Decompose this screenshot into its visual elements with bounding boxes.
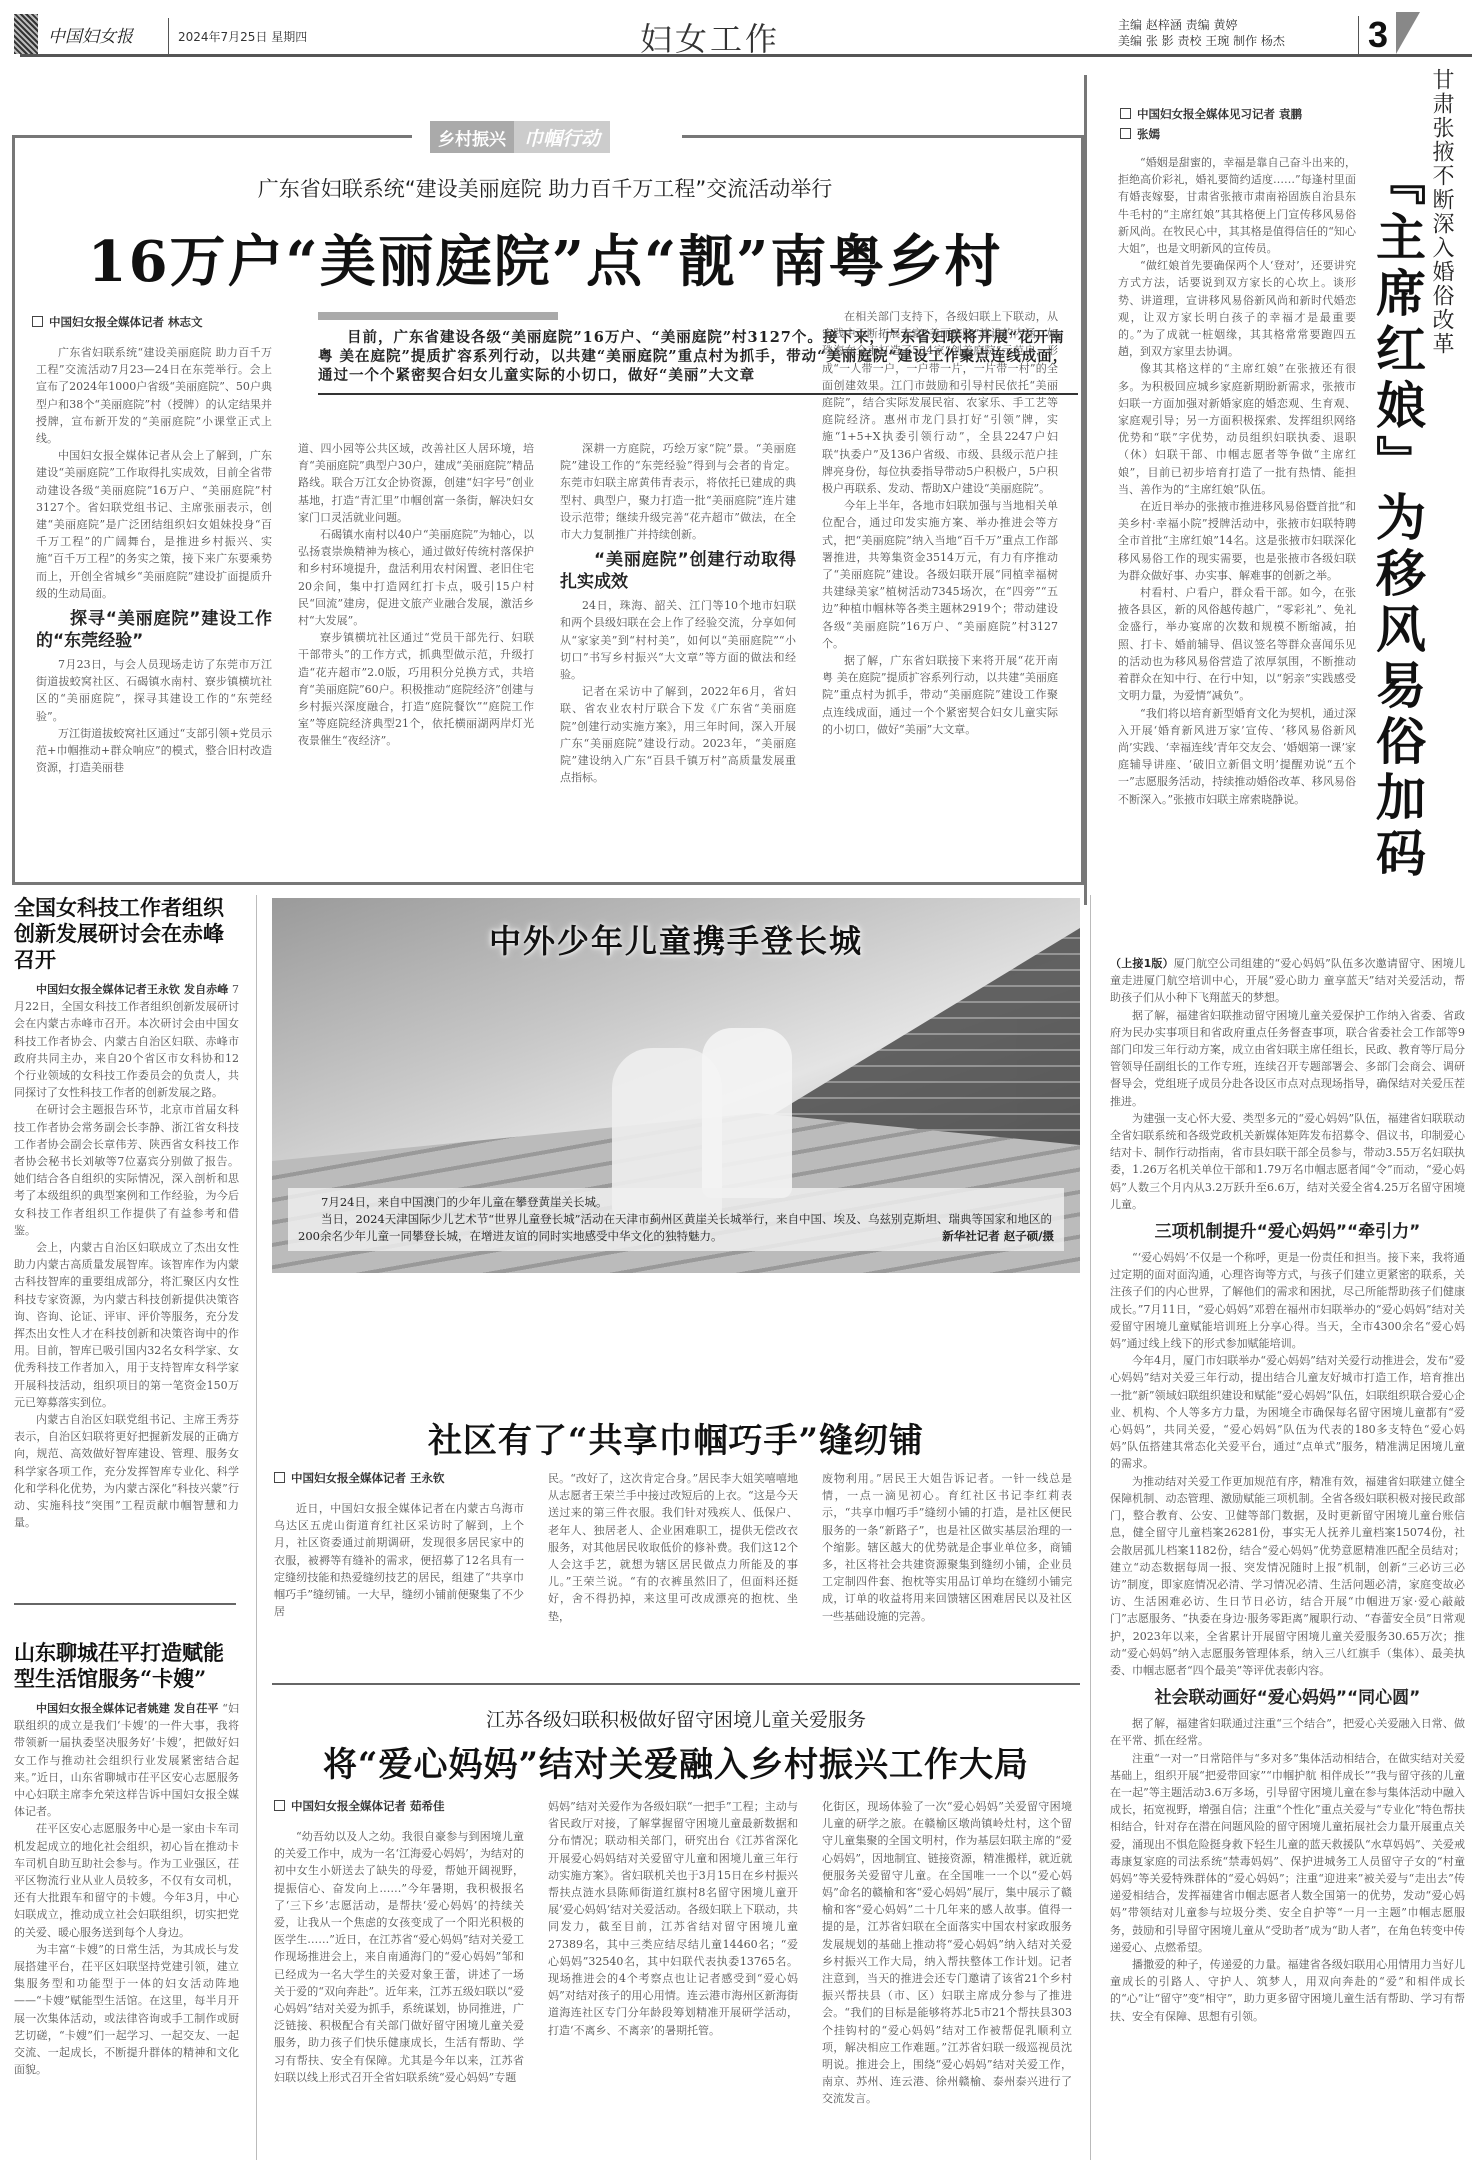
column-divider: [1084, 75, 1087, 905]
fujian-subhead-2: 社会联动画好“爱心妈妈”“同心圆”: [1110, 1687, 1465, 1709]
byline-text: 中国妇女报全媒体记者 王永钦: [291, 1471, 445, 1485]
byline-box-icon: [274, 1472, 285, 1483]
lead-col-3: 深耕一方庭院，巧绘万家“院”景。“美丽庭院”建设工作的“东莞经验”得到与会者的肯…: [560, 440, 796, 786]
paragraph: 在相关部门支持下，各级妇联上下联动，从实践中不断拓展丰富“美丽庭院”建设的内涵。…: [822, 308, 1058, 497]
paragraph: 道、四小园等公共区域，改善社区人居环境，培育“美丽庭院”典型户30户，建成“美丽…: [298, 440, 534, 526]
great-wall-photo: 中外少年儿童携手登长城 7月24日，来自中国澳门的少年儿童在攀登黄崖关长城。 当…: [272, 898, 1080, 1273]
frame-top-rule: [682, 135, 1084, 138]
brief-truck-wives: 山东聊城茌平打造赋能型生活馆服务“卡嫂” 中国妇女报全媒体记者姚建 发自茌平 “…: [14, 1640, 239, 2078]
lead-col-4: 在相关部门支持下，各级妇联上下联动，从实践中不断拓展丰富“美丽庭院”建设的内涵。…: [822, 308, 1058, 738]
continued-tag: （上接1版）: [1110, 957, 1174, 970]
paragraph: 茌平区安心志愿服务中心是一家由卡车司机发起成立的地化社会组织，初心旨在推动卡车司…: [14, 1820, 239, 1940]
masthead-divider: [168, 18, 169, 56]
lead-col-1: 广东省妇联系统“建设美丽庭院 助力百千万工程”交流活动7月23—24日在东莞举行…: [36, 344, 272, 776]
issue-date: 2024年7月25日 星期四: [178, 28, 307, 45]
qr-code: [14, 14, 38, 54]
paragraph: “做红娘首先要确保两个人‘登对’，还要讲究方式方法，话要说到双方家长的心坎上。谈…: [1118, 257, 1356, 360]
paragraph: 中国妇女报全媒体记者从会上了解到，广东建设“美丽庭院”工作取得扎实成效，目前全省…: [36, 447, 272, 602]
jiangsu-col-1: “幼吾幼以及人之幼。我很自豪参与到困境儿童的关爱工作中，成为一名‘江海爱心妈妈’…: [274, 1828, 524, 2158]
paragraph: 为丰富“卡嫂”的日常生活，为其成长与发展搭建平台，茌平区妇联坚持党建引领，建立集…: [14, 1941, 239, 2079]
brief-headline: 山东聊城茌平打造赋能型生活馆服务“卡嫂”: [14, 1640, 239, 1692]
paragraph: 会上，内蒙古自治区妇联成立了杰出女性助力内蒙古高质量发展智库。该智库作为内蒙古科…: [14, 1239, 239, 1411]
paragraph: 注重“一对一”日常陪伴与“多对多”集体活动相结合，在做实结对关爱基础上，组织开展…: [1110, 1750, 1465, 1956]
paragraph: 在研讨会主题报告环节，北京市首届女科技工作者协会常务副会长李静、浙江省女科技工作…: [14, 1101, 239, 1239]
corner-triangle: [1396, 12, 1420, 54]
byline-box-icon: [274, 1800, 285, 1811]
credits-line-2: 美编 张 影 责校 王琬 制作 杨杰: [1118, 33, 1285, 49]
photo-caption: 7月24日，来自中国澳门的少年儿童在攀登黄崖关长城。 当日，2024天津国际少儿…: [288, 1188, 1064, 1251]
masthead-divider: [1358, 16, 1359, 56]
byline-text: 中国妇女报全媒体记者 茹希佳: [291, 1799, 445, 1813]
banner-rural: 乡村振兴: [430, 121, 514, 153]
paragraph: 寮步镇横坑社区通过“党员干部先行、妇联干部带头”的工作方式，抓典型做示范，升级打…: [298, 629, 534, 749]
tailor-col-3: 废物利用。”居民王大姐告诉记者。一针一线总是情，一点一滴见初心。育红社区书记李红…: [822, 1470, 1072, 1625]
paragraph: 近日，中国妇女报全媒体记者在内蒙古乌海市乌达区五虎山街道育红社区采访时了解到，上…: [274, 1500, 524, 1620]
photo-title: 中外少年儿童携手登长城: [272, 916, 1080, 962]
right-byline: 中国妇女报全媒体见习记者 袁鹏 张嫣: [1120, 104, 1302, 144]
byline-text: 张嫣: [1137, 127, 1160, 141]
jiangsu-kicker: 江苏各级妇联积极做好留守困境儿童关爱服务: [272, 1705, 1080, 1732]
paragraph: 万江街道拔蛟窝社区通过“支部引领+党员示范+巾帼推动+群众响应”的模式，整合旧村…: [36, 725, 272, 777]
right-kicker: 甘肃张掖不断深入婚俗改革: [1428, 68, 1454, 356]
jiangsu-col-3: 化街区，现场体验了一次“爱心妈妈”关爱留守困境儿童的研学之旅。在赣榆区墩尚镇岭灶…: [822, 1798, 1072, 2158]
byline-text: 中国妇女报全媒体见习记者 袁鹏: [1137, 107, 1302, 121]
newspaper-logo: 中国妇女报: [48, 22, 133, 47]
right-headline: 『主席红娘』为移风易俗加码: [1366, 155, 1426, 883]
brief-headline: 全国女科技工作者组织创新发展研讨会在赤峰召开: [14, 895, 239, 973]
byline-box-icon: [32, 316, 43, 327]
paragraph: 24日，珠海、韶关、江门等10个地市妇联和两个县级妇联在会上作了经验交流，分享如…: [560, 597, 796, 683]
paragraph: 石碣镇水南村以40户“美丽庭院”为轴心，以弘扬袁崇焕精神为核心，通过做好传统村落…: [298, 526, 534, 629]
fujian-subhead-1: 三项机制提升“爱心妈妈”“牵引力”: [1110, 1221, 1465, 1243]
editor-credits: 主编 赵梓涵 责编 黄婷 美编 张 影 责校 王琬 制作 杨杰: [1118, 17, 1285, 49]
paragraph: 7月23日，与会人员现场走访了东莞市万江街道拔蛟窝社区、石碣镇水南村、寮步镇横坑…: [36, 656, 272, 725]
right-article-body: “婚姻是甜蜜的，幸福是靠自己奋斗出来的，拒绝高价彩礼，婚礼要简约适度……”每逢村…: [1118, 154, 1356, 808]
jiangsu-headline: 将“爱心妈妈”结对关爱融入乡村振兴工作大局: [272, 1737, 1080, 1786]
byline-box-icon: [1120, 108, 1131, 119]
paragraph: 村看村、户看户，群众看干部。如今，在张掖各县区，新的风俗越传越广，“零彩礼”、免…: [1118, 584, 1356, 704]
paragraph: 据了解，福建省妇联通过注重“三个结合”，把爱心关爱融入日常、做在平常、抓在经常。: [1110, 1715, 1465, 1749]
paragraph: “妇联组织的成立是我们‘卡嫂’的一件大事，我将带领新一届执委坚决服务好‘卡嫂’，…: [14, 1702, 239, 1818]
lead-kicker: 广东省妇联系统“建设美丽庭院 助力百千万工程”交流活动举行: [30, 173, 1060, 203]
paragraph: 据了解，福建省妇联推动留守困境儿童关爱保护工作纳入省委、省政府为民办实事项目和省…: [1110, 1007, 1465, 1110]
fujian-article: （上接1版）厦门航空公司组建的“爱心妈妈”队伍多次邀请留守、困境儿童走进厦门航空…: [1110, 955, 1465, 2160]
caption-line: 7月24日，来自中国澳门的少年儿童在攀登黄崖关长城。: [298, 1194, 1054, 1211]
paragraph: “我们将以培育新型婚育文化为契机，通过深入开展‘婚育新风进万家’宣传、‘移风易俗…: [1118, 705, 1356, 808]
brief-women-scientists: 全国女科技工作者组织创新发展研讨会在赤峰召开 中国妇女报全媒体记者王永钦 发自赤…: [14, 895, 239, 1532]
paragraph: 今年上半年，各地市妇联加强与当地相关单位配合，通过印发实施方案、举办推进会等方式…: [822, 497, 1058, 652]
brief-divider: [14, 1603, 236, 1605]
paragraph: “‘爱心妈妈’不仅是一个称呼，更是一份责任和担当。接下来，我将通过定期的面对面沟…: [1110, 1249, 1465, 1352]
section-divider: [272, 1683, 1080, 1685]
paragraph: 广东省妇联系统“建设美丽庭院 助力百千万工程”交流活动7月23—24日在东莞举行…: [36, 344, 272, 447]
credits-line-1: 主编 赵梓涵 责编 黄婷: [1118, 17, 1285, 33]
paragraph: 化街区，现场体验了一次“爱心妈妈”关爱留守困境儿童的研学之旅。在赣榆区墩尚镇岭灶…: [822, 1798, 1072, 2108]
tailor-col-2: 民。“改好了，这次肯定合身。”居民李大姐笑嘻嘻地从志愿者王荣兰手中接过改短后的上…: [548, 1470, 798, 1625]
brief-body: 中国妇女报全媒体记者姚建 发自茌平 “妇联组织的成立是我们‘卡嫂’的一件大事，我…: [14, 1700, 239, 2078]
paragraph: 今年4月，厦门市妇联举办“爱心妈妈”结对关爱行动推进会，发布“爱心妈妈”结对关爱…: [1110, 1352, 1465, 1472]
tailor-headline: 社区有了“共享巾帼巧手”缝纫铺: [272, 1413, 1080, 1462]
byline-box-icon: [1120, 128, 1131, 139]
lead-headline: 16万户“美丽庭院”点“靓”南粤乡村: [30, 218, 1060, 298]
paragraph: 民。“改好了，这次肯定合身。”居民李大姐笑嘻嘻地从志愿者王荣兰手中接过改短后的上…: [548, 1470, 798, 1625]
jiangsu-col-2: 妈妈”结对关爱作为各级妇联“一把手”工程；主动与省民政厅对接，了解掌握留守困境儿…: [548, 1798, 798, 2158]
tailor-byline: 中国妇女报全媒体记者 王永钦: [274, 1470, 445, 1486]
lead-summary-bar: [318, 312, 558, 320]
column-divider: [256, 895, 257, 2160]
paragraph: 内蒙古自治区妇联党组书记、主席王秀芬表示，自治区妇联将更好把握新发展的正确方向，…: [14, 1411, 239, 1531]
paragraph: 废物利用。”居民王大姐告诉记者。一针一线总是情，一点一滴见初心。育红社区书记李红…: [822, 1470, 1072, 1625]
tailor-col-1: 近日，中国妇女报全媒体记者在内蒙古乌海市乌达区五虎山街道育红社区采访时了解到，上…: [274, 1500, 524, 1620]
lead-subhead-2: “美丽庭院”创建行动取得扎实成效: [560, 549, 796, 593]
paragraph: 播撒爱的种子，传递爱的力量。福建省各级妇联用心用情用力当好儿童成长的引路人、守护…: [1110, 1956, 1465, 2025]
dateline: 中国妇女报全媒体记者姚建 发自茌平: [36, 1702, 219, 1715]
paragraph: 为推动结对关爱工作更加规范有序，精准有效，福建省妇联建立健全保障机制、动态管理、…: [1110, 1473, 1465, 1679]
paragraph: 在近日举办的张掖市推进移风易俗暨首批“和美乡村·幸福小院”授牌活动中，张掖市妇联…: [1118, 498, 1356, 584]
paragraph: 像其其格这样的“主席红娘”在张掖还有很多。为积极回应城乡家庭新期盼新需求，张掖市…: [1118, 360, 1356, 498]
paragraph: 妈妈”结对关爱作为各级妇联“一把手”工程；主动与省民政厅对接，了解掌握留守困境儿…: [548, 1798, 798, 2039]
photo-credit: 新华社记者 赵子硕/摄: [919, 1228, 1054, 1245]
paragraph: 7月22日，全国女科技工作者组织创新发展研讨会在内蒙古赤峰市召开。本次研讨会由中…: [14, 983, 239, 1099]
paragraph: “幼吾幼以及人之幼。我很自豪参与到困境儿童的关爱工作中，成为一名‘江海爱心妈妈’…: [274, 1828, 524, 2086]
column-divider: [1090, 895, 1091, 2160]
dateline: 中国妇女报全媒体记者王永钦 发自赤峰: [36, 983, 228, 996]
page-number: 3: [1368, 14, 1388, 56]
paragraph: 记者在采访中了解到，2022年6月，省妇联、省农业农村厅联合下发《广东省“美丽庭…: [560, 683, 796, 786]
lead-col-2: 道、四小园等公共区域，改善社区人居环境，培育“美丽庭院”典型户30户，建成“美丽…: [298, 440, 534, 750]
paragraph: 深耕一方庭院，巧绘万家“院”景。“美丽庭院”建设工作的“东莞经验”得到与会者的肯…: [560, 440, 796, 543]
banner-women: 巾帼行动: [514, 121, 610, 153]
paragraph: 据了解，广东省妇联接下来将开展“花开南粤 美在庭院”提质扩容系列行动，以共建“美…: [822, 652, 1058, 738]
lead-subhead-1: 探寻“美丽庭院”建设工作的“东莞经验”: [36, 608, 272, 652]
child-figure: [702, 1028, 792, 1198]
brief-body: 中国妇女报全媒体记者王永钦 发自赤峰 7月22日，全国女科技工作者组织创新发展研…: [14, 981, 239, 1532]
column-banner: 乡村振兴 巾帼行动: [430, 121, 610, 153]
lead-byline: 中国妇女报全媒体记者 林志文: [32, 314, 203, 330]
jiangsu-byline: 中国妇女报全媒体记者 茹希佳: [274, 1798, 445, 1814]
paragraph: “婚姻是甜蜜的，幸福是靠自己奋斗出来的，拒绝高价彩礼，婚礼要简约适度……”每逢村…: [1118, 154, 1356, 257]
byline-text: 中国妇女报全媒体记者 林志文: [49, 315, 203, 329]
masthead-rule: [20, 54, 1472, 57]
frame-top-rule: [12, 135, 412, 138]
paragraph: 为建强一支心怀大爱、类型多元的“爱心妈妈”队伍，福建省妇联联动全省妇联系统和各级…: [1110, 1110, 1465, 1213]
